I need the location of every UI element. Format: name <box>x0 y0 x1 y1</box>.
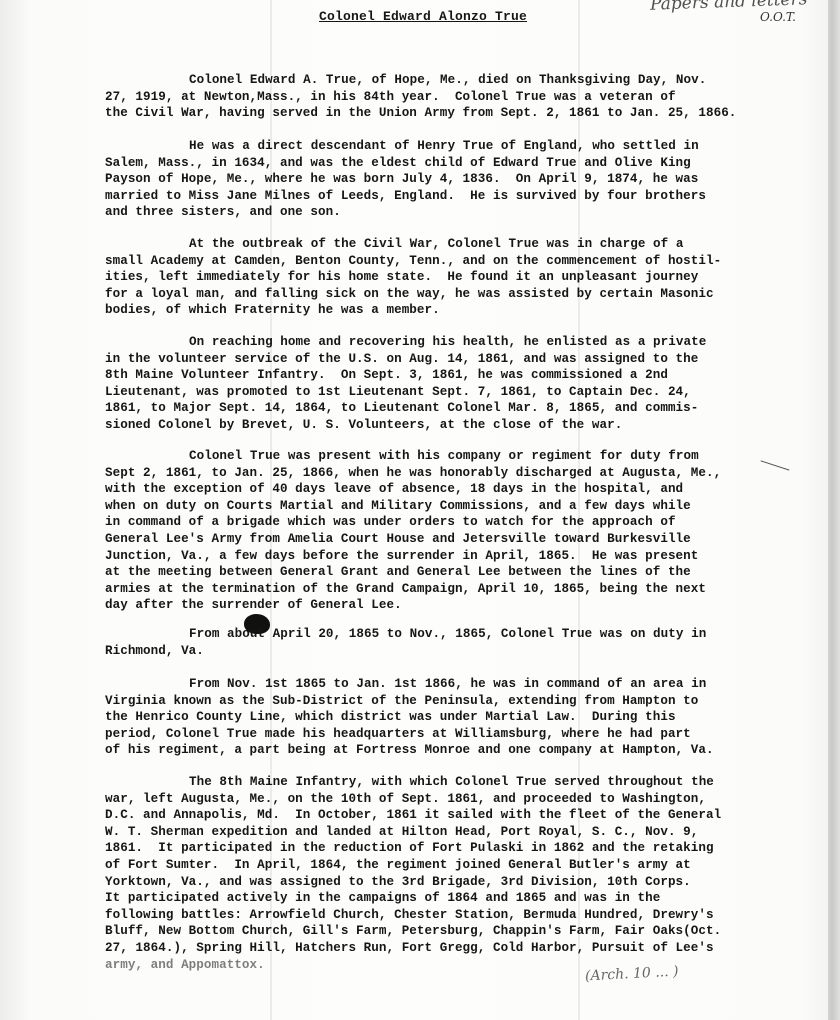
paragraph-regiment-history: The 8th Maine Infantry, with which Colon… <box>105 774 795 973</box>
text-line: Bluff, New Bottom Church, Gill's Farm, P… <box>105 923 795 940</box>
text-line: Payson of Hope, Me., where he was born J… <box>105 171 795 188</box>
paragraph-richmond: From about April 20, 1865 to Nov., 1865,… <box>105 626 795 659</box>
text-line: W. T. Sherman expedition and landed at H… <box>105 824 795 841</box>
text-line: The 8th Maine Infantry, with which Colon… <box>105 774 795 791</box>
handwritten-note-bottom: (Arch. 10 ... ) <box>585 964 679 985</box>
text-line: Colonel True was present with his compan… <box>105 448 795 465</box>
text-line: Salem, Mass., in 1634, and was the eldes… <box>105 155 795 172</box>
text-line: in command of a brigade which was under … <box>105 514 795 531</box>
text-line: when on duty on Courts Martial and Milit… <box>105 498 795 515</box>
text-line: Richmond, Va. <box>105 643 795 660</box>
paragraph-peninsula-command: From Nov. 1st 1865 to Jan. 1st 1866, he … <box>105 676 795 759</box>
text-line: Lieutenant, was promoted to 1st Lieutena… <box>105 384 795 401</box>
text-line: small Academy at Camden, Benton County, … <box>105 253 795 270</box>
text-line: General Lee's Army from Amelia Court Hou… <box>105 531 795 548</box>
text-line: army, and Appomattox. <box>105 957 795 974</box>
text-line: 1861. It participated in the reduction o… <box>105 840 795 857</box>
paragraph-ancestry: He was a direct descendant of Henry True… <box>105 138 795 221</box>
text-line: At the outbreak of the Civil War, Colone… <box>105 236 795 253</box>
text-line: with the exception of 40 days leave of a… <box>105 481 795 498</box>
paragraph-service-record: Colonel True was present with his compan… <box>105 448 795 614</box>
paragraph-death-notice: Colonel Edward A. True, of Hope, Me., di… <box>105 72 795 122</box>
text-line: Sept 2, 1861, to Jan. 25, 1866, when he … <box>105 465 795 482</box>
paragraph-enlistment: On reaching home and recovering his heal… <box>105 334 795 434</box>
text-line: Virginia known as the Sub-District of th… <box>105 693 795 710</box>
text-line: From about April 20, 1865 to Nov., 1865,… <box>105 626 795 643</box>
text-line: the Henrico County Line, which district … <box>105 709 795 726</box>
text-line: war, left Augusta, Me., on the 10th of S… <box>105 791 795 808</box>
text-line: in the volunteer service of the U.S. on … <box>105 351 795 368</box>
text-line: for a loyal man, and falling sick on the… <box>105 286 795 303</box>
text-line: of Fort Sumter. In April, 1864, the regi… <box>105 857 795 874</box>
text-line: D.C. and Annapolis, Md. In October, 1861… <box>105 807 795 824</box>
text-line: the Civil War, having served in the Unio… <box>105 105 795 122</box>
text-line: 8th Maine Volunteer Infantry. On Sept. 3… <box>105 367 795 384</box>
document-page: Papers and letters O.O.T. Colonel Edward… <box>0 0 828 1020</box>
text-line: Colonel Edward A. True, of Hope, Me., di… <box>105 72 795 89</box>
paragraph-outbreak: At the outbreak of the Civil War, Colone… <box>105 236 795 319</box>
text-line: On reaching home and recovering his heal… <box>105 334 795 351</box>
text-line: of his regiment, a part being at Fortres… <box>105 742 795 759</box>
text-line: sioned Colonel by Brevet, U. S. Voluntee… <box>105 417 795 434</box>
text-line: married to Miss Jane Milnes of Leeds, En… <box>105 188 795 205</box>
text-line: bodies, of which Fraternity he was a mem… <box>105 302 795 319</box>
text-line: at the meeting between General Grant and… <box>105 564 795 581</box>
text-line: 27, 1864.), Spring Hill, Hatchers Run, F… <box>105 940 795 957</box>
document-title: Colonel Edward Alonzo True <box>319 9 527 24</box>
text-line: It participated actively in the campaign… <box>105 890 795 907</box>
text-line: and three sisters, and one son. <box>105 204 795 221</box>
text-line: ities, left immediately for his home sta… <box>105 269 795 286</box>
text-line: From Nov. 1st 1865 to Jan. 1st 1866, he … <box>105 676 795 693</box>
text-line: following battles: Arrowfield Church, Ch… <box>105 907 795 924</box>
text-line: armies at the termination of the Grand C… <box>105 581 795 598</box>
handwritten-initials: O.O.T. <box>760 10 796 24</box>
text-line: 1861, to Major Sept. 14, 1864, to Lieute… <box>105 400 795 417</box>
text-line: He was a direct descendant of Henry True… <box>105 138 795 155</box>
text-line: 27, 1919, at Newton,Mass., in his 84th y… <box>105 89 795 106</box>
scan-edge <box>828 0 840 1020</box>
text-line: Yorktown, Va., and was assigned to the 3… <box>105 874 795 891</box>
text-line: day after the surrender of General Lee. <box>105 597 795 614</box>
text-line: Junction, Va., a few days before the sur… <box>105 548 795 565</box>
text-line: period, Colonel True made his headquarte… <box>105 726 795 743</box>
